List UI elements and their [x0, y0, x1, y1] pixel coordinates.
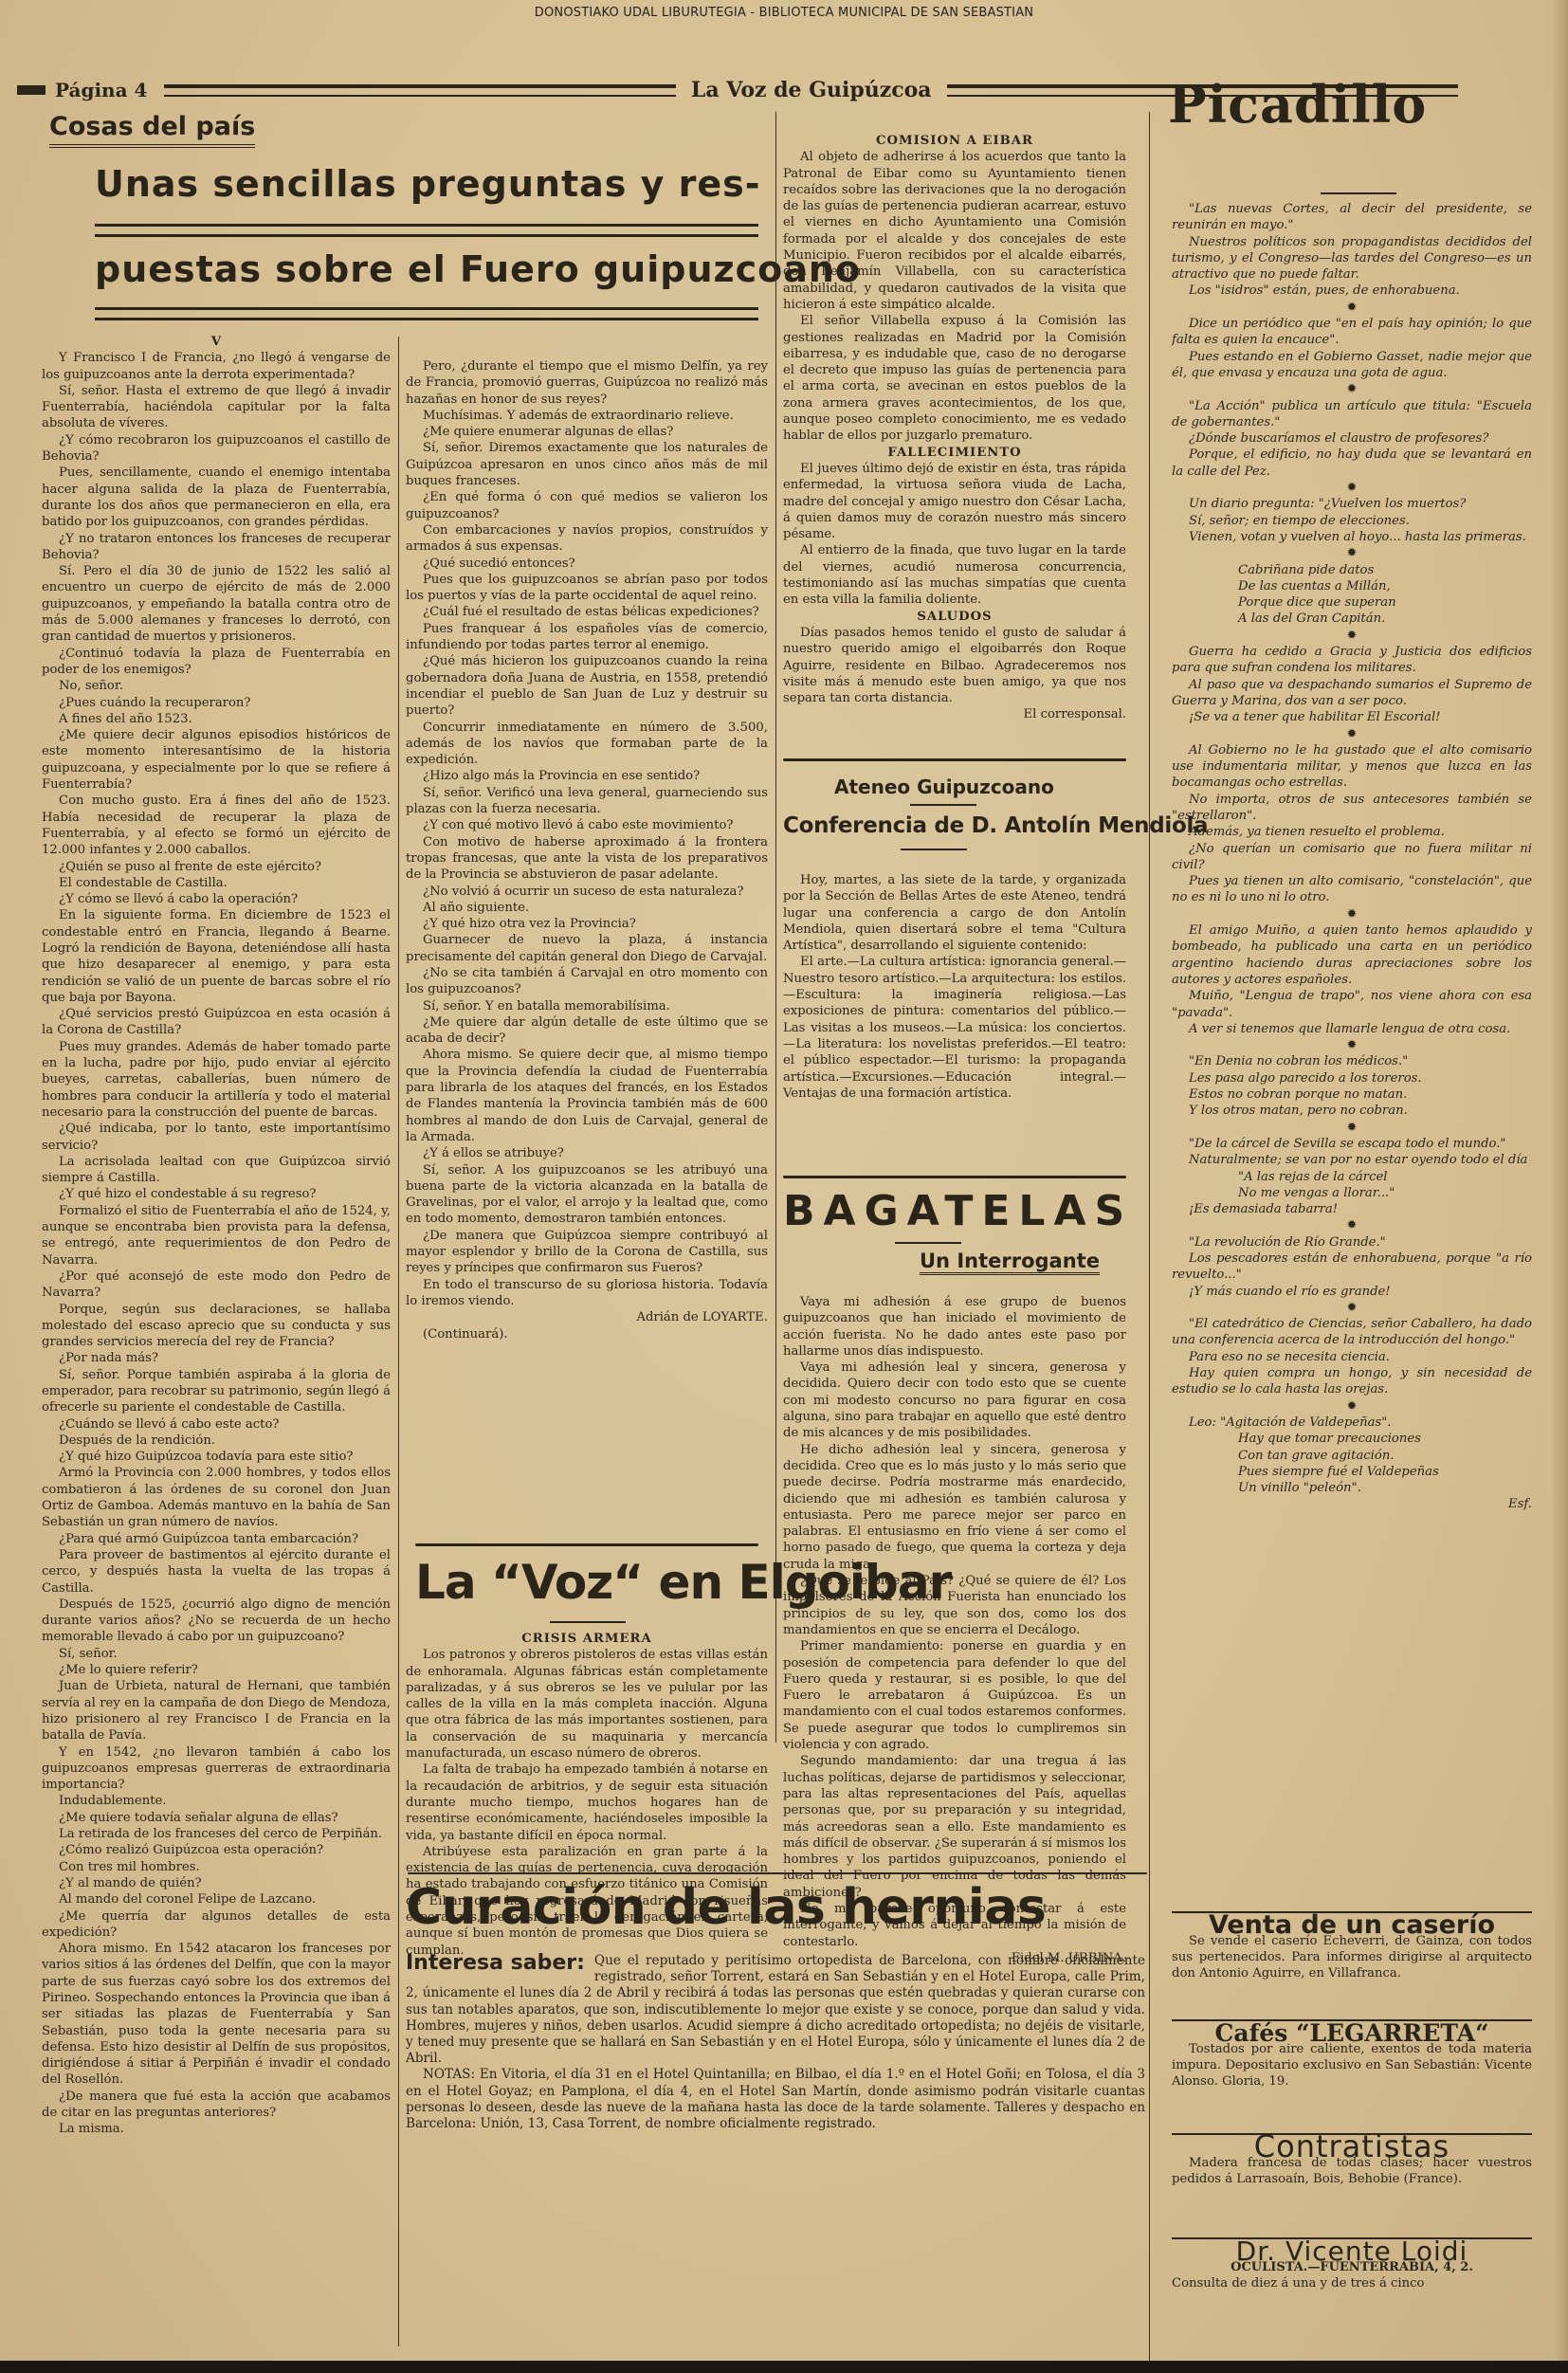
verse-line: De las cuentas a Millán,: [1172, 578, 1532, 594]
picadillo-column: "Las nuevas Cortes, al decir del preside…: [1172, 201, 1532, 1513]
article-column-1: V Y Francisco I de Francia, ¿no llegó á …: [42, 334, 391, 2138]
qa-paragraph: Sí, señor. Diremos exactamente que los n…: [406, 440, 768, 489]
news-subheading: SALUDOS: [783, 609, 1126, 625]
picadillo-paragraph: Nuestros políticos son propagandistas de…: [1172, 234, 1532, 283]
picadillo-paragraph: Porque, el edificio, no hay duda que se …: [1172, 447, 1532, 480]
caserio-text: Se vende el caserío Echeverri, de Gainza…: [1172, 1933, 1532, 1981]
separator-star-icon: ✹: [1172, 1398, 1532, 1415]
qa-paragraph: Con motivo de haberse aproximado á la fr…: [406, 834, 768, 884]
contratistas-title: Contratistas: [1172, 2139, 1532, 2155]
verse-line: "A las rejas de la cárcel: [1172, 1169, 1532, 1185]
separator-star-icon: ✹: [1172, 480, 1532, 496]
picadillo-paragraph: ¿No querían un comisario que no fuera mi…: [1172, 841, 1532, 874]
picadillo-paragraph: Los "isidros" están, pues, de enhorabuen…: [1172, 283, 1532, 299]
qa-paragraph: ¿Y con qué motivo llevó á cabo este movi…: [406, 817, 768, 833]
verse-line: Cabriñana pide datos: [1172, 562, 1532, 578]
verse-line: Un vinillo "peleón".: [1172, 1480, 1532, 1496]
qa-paragraph: La misma.: [42, 2121, 391, 2137]
qa-paragraph: Pero, ¿durante el tiempo que el mismo De…: [406, 358, 768, 408]
separator-star-icon: ✹: [1172, 300, 1532, 316]
qa-paragraph: ¿Y á ellos se atribuye?: [406, 1145, 768, 1161]
qa-paragraph: Después de 1525, ¿ocurrió algo digno de …: [42, 1597, 391, 1646]
caserio-title: Venta de un caserío: [1172, 1917, 1532, 1933]
verse-line: Con tan grave agitación.: [1172, 1448, 1532, 1464]
picadillo-paragraph: Los pescadores están de enhorabuena, por…: [1172, 1250, 1532, 1284]
picadillo-paragraph: Al paso que va despachando sumarios el S…: [1172, 677, 1532, 710]
qa-paragraph: ¿De manera que fué esta la acción que ac…: [42, 2089, 391, 2122]
short-rule: [901, 849, 967, 850]
qa-paragraph: ¿Por nada más?: [42, 1350, 391, 1366]
zigzag-rule: [408, 1872, 1147, 1874]
qa-paragraph: No, señor.: [42, 678, 391, 694]
qa-paragraph: ¿Continuó todavía la plaza de Fuenterrab…: [42, 646, 391, 679]
masthead-block: [17, 85, 46, 95]
qa-paragraph: En la siguiente forma. En diciembre de 1…: [42, 907, 391, 1006]
qa-paragraph: ¿En qué forma ó con qué medios se valier…: [406, 489, 768, 522]
picadillo-paragraph: Además, ya tienen resuelto el problema.: [1172, 824, 1532, 840]
elgoibar-heading: CRISIS ARMERA: [406, 1631, 768, 1647]
qa-paragraph: ¿Me quiere enumerar algunas de ellas?: [406, 424, 768, 440]
news-paragraph: La falta de trabajo ha empezado también …: [406, 1761, 768, 1843]
qa-paragraph: ¿Qué más hicieron los guipuzcoanos cuand…: [406, 653, 768, 719]
loidi-ad: Dr. Vicente Loidi OCULISTA.—FUENTERRABIA…: [1172, 2243, 1532, 2291]
qa-paragraph: ¿No volvió á ocurrir un suceso de esta n…: [406, 884, 768, 900]
separator-star-icon: ✹: [1172, 1217, 1532, 1233]
qa-paragraph: ¿Cuándo se llevó á cabo este acto?: [42, 1416, 391, 1433]
ateneo-title: Ateneo Guipuzcoano: [834, 776, 1054, 798]
headline-rule: [95, 224, 758, 237]
qa-paragraph: Formalizó el sitio de Fuenterrabía el añ…: [42, 1203, 391, 1269]
legarreta-text: Tostados por aire caliente, exentos de t…: [1172, 2041, 1532, 2090]
ornamental-rule: [783, 1176, 1126, 1178]
loidi-subtitle: OCULISTA.—FUENTERRABIA, 4, 2.: [1172, 2259, 1532, 2275]
qa-paragraph: Ahora mismo. En 1542 atacaron los france…: [42, 1941, 391, 2089]
separator-star-icon: ✹: [1172, 906, 1532, 922]
picadillo-paragraph: Al Gobierno no le ha gustado que el alto…: [1172, 742, 1532, 792]
qa-paragraph: Después de la rendición.: [42, 1433, 391, 1449]
qa-paragraph: ¿Hizo algo más la Provincia en ese senti…: [406, 768, 768, 784]
column-divider: [1149, 112, 1150, 2364]
qa-paragraph: Sí, señor. Hasta el extremo de que llegó…: [42, 383, 391, 432]
picadillo-paragraph: "Las nuevas Cortes, al decir del preside…: [1172, 201, 1532, 234]
short-rule: [1321, 192, 1396, 194]
picadillo-paragraph: Dice un periódico que "en el país hay op…: [1172, 316, 1532, 349]
qa-paragraph: ¿Pues cuándo la recuperaron?: [42, 695, 391, 711]
qa-paragraph: Porque, según sus declaraciones, se hall…: [42, 1302, 391, 1351]
article-part-number: V: [42, 334, 391, 350]
loidi-title: Dr. Vicente Loidi: [1172, 2243, 1532, 2259]
qa-paragraph: A fines del año 1523.: [42, 711, 391, 727]
news-paragraph: Vaya mi adhesión leal y sincera, generos…: [783, 1360, 1126, 1441]
loidi-text: Consulta de diez á una y de tres á cinco: [1172, 2275, 1532, 2291]
qa-paragraph: La retirada de los franceses del cerco d…: [42, 1826, 391, 1842]
scan-edge: [0, 2361, 1568, 2373]
picadillo-paragraph: ¡Es demasiada tabarra!: [1172, 1201, 1532, 1217]
picadillo-paragraph: Estos no cobran porque no matan.: [1172, 1086, 1532, 1103]
qa-paragraph: ¿Para qué armó Guipúzcoa tanta embarcaci…: [42, 1531, 391, 1547]
news-paragraph: El arte.—La cultura artística: ignoranci…: [783, 954, 1126, 1102]
article-headline-line1: Unas sencillas preguntas y res-: [95, 163, 761, 205]
qa-paragraph: Y Francisco I de Francia, ¿no llegó á ve…: [42, 350, 391, 383]
verse-line: A las del Gran Capitán.: [1172, 611, 1532, 627]
qa-paragraph: Muchísimas. Y además de extraordinario r…: [406, 408, 768, 424]
news-paragraph: El señor Villabella expuso á la Comisión…: [783, 313, 1126, 444]
qa-paragraph: ¿Y qué hizo otra vez la Provincia?: [406, 916, 768, 932]
qa-paragraph: ¿Cuál fué el resultado de estas bélicas …: [406, 604, 768, 620]
qa-paragraph: Sí, señor.: [42, 1646, 391, 1662]
picadillo-paragraph: "El catedrático de Ciencias, señor Cabal…: [1172, 1316, 1532, 1349]
picadillo-paragraph: Para eso no se necesita ciencia.: [1172, 1349, 1532, 1365]
separator-star-icon: ✹: [1172, 381, 1532, 397]
separator-star-icon: ✹: [1172, 545, 1532, 561]
short-rule: [895, 1242, 961, 1244]
ateneo-article: Hoy, martes, a las siete de la tarde, y …: [783, 872, 1126, 1102]
bagatelas-title: BAGATELAS: [783, 1187, 1133, 1235]
qa-paragraph: Al año siguiente.: [406, 900, 768, 916]
qa-paragraph: En todo el transcurso de su gloriosa his…: [406, 1277, 768, 1310]
qa-paragraph: ¿Y qué hizo el condestable á su regreso?: [42, 1186, 391, 1202]
qa-paragraph: Pues muy grandes. Además de haber tomado…: [42, 1039, 391, 1121]
qa-paragraph: Sí, señor. A los guipuzcoanos se les atr…: [406, 1162, 768, 1228]
separator-star-icon: ✹: [1172, 726, 1532, 742]
legarreta-title: Cafés “LEGARRETA“: [1172, 2025, 1532, 2041]
newspaper-title: La Voz de Guipúzcoa: [691, 78, 932, 102]
picadillo-paragraph: "En Denia no cobran los médicos.": [1172, 1053, 1532, 1069]
qa-paragraph: Juan de Urbieta, natural de Hernani, que…: [42, 1678, 391, 1743]
ornamental-rule: [415, 1543, 758, 1546]
picadillo-paragraph: ¡Y más cuando el río es grande!: [1172, 1284, 1532, 1300]
verse-line: No me vengas a llorar...": [1172, 1185, 1532, 1201]
news-paragraph: El jueves último dejó de existir en ésta…: [783, 461, 1126, 542]
news-paragraph: Al entierro de la finada, que tuvo lugar…: [783, 542, 1126, 608]
picadillo-title: Picadillo: [1168, 74, 1427, 135]
ornamental-rule: [783, 758, 1126, 761]
picadillo-paragraph: ¿Dónde buscaríamos el claustro de profes…: [1172, 430, 1532, 447]
qa-paragraph: ¿Y qué hizo Guipúzcoa todavía para este …: [42, 1449, 391, 1465]
picadillo-paragraph: Vienen, votan y vuelven al hoyo... hasta…: [1172, 529, 1532, 545]
hernias-lead: Interesa saber:: [406, 1955, 585, 1971]
qa-paragraph: Sí, señor. Verificó una leva general, gu…: [406, 785, 768, 818]
qa-paragraph: Con tres mil hombres.: [42, 1859, 391, 1875]
verse-line: Porque dice que superan: [1172, 594, 1532, 611]
news-paragraph: Hoy, martes, a las siete de la tarde, y …: [783, 872, 1126, 954]
qa-paragraph: ¿De manera que Guipúzcoa siempre contrib…: [406, 1228, 768, 1277]
contratistas-ad: Contratistas Madera francesa de todas cl…: [1172, 2139, 1532, 2187]
qa-paragraph: ¿Por qué aconsejó de este modo don Pedro…: [42, 1269, 391, 1302]
qa-paragraph: ¿Qué sucedió entonces?: [406, 556, 768, 572]
qa-paragraph: ¿Me querría dar algunos detalles de esta…: [42, 1908, 391, 1942]
column-divider: [398, 337, 399, 2346]
masthead-rule: [164, 84, 675, 97]
news-paragraph: Primer mandamiento: ponerse en guardia y…: [783, 1638, 1126, 1753]
library-banner: DONOSTIAKO UDAL LIBURUTEGIA - BIBLIOTECA…: [0, 6, 1568, 20]
qa-paragraph: ¿Me quiere dar algún detalle de este últ…: [406, 1014, 768, 1048]
article-column-2: Pero, ¿durante el tiempo que el mismo De…: [406, 358, 768, 1342]
picadillo-paragraph: "De la cárcel de Sevilla se escapa todo …: [1172, 1136, 1532, 1152]
qa-paragraph: Ahora mismo. Se quiere decir que, al mis…: [406, 1047, 768, 1145]
qa-paragraph: Indudablemente.: [42, 1793, 391, 1809]
picadillo-paragraph: "La revolución de Río Grande.": [1172, 1234, 1532, 1250]
qa-paragraph: Con mucho gusto. Era á fines del año de …: [42, 793, 391, 858]
picadillo-paragraph: Y los otros matan, pero no cobran.: [1172, 1103, 1532, 1119]
picadillo-paragraph: Pues estando en el Gobierno Gasset, nadi…: [1172, 349, 1532, 382]
headline-rule: [95, 307, 758, 320]
qa-paragraph: ¿Y cómo se llevó á cabo la operación?: [42, 891, 391, 907]
picadillo-paragraph: No importa, otros de sus antecesores tam…: [1172, 792, 1532, 825]
picadillo-signature: Esf.: [1172, 1496, 1532, 1512]
verse-line: Pues siempre fué el Valdepeñas: [1172, 1464, 1532, 1480]
picadillo-paragraph: Les pasa algo parecido a los toreros.: [1172, 1070, 1532, 1086]
correspondent-signature: El corresponsal.: [783, 706, 1126, 722]
picadillo-paragraph: Un diario pregunta: "¿Vuelven los muerto…: [1172, 496, 1532, 512]
separator-star-icon: ✹: [1172, 1120, 1532, 1136]
page-edge: [1553, 0, 1568, 2373]
picadillo-paragraph: ¡Se va a tener que habilitar El Escorial…: [1172, 709, 1532, 725]
news-paragraph: Vaya mi adhesión á ese grupo de buenos g…: [783, 1294, 1126, 1360]
legarreta-ad: Cafés “LEGARRETA“ Tostados por aire cali…: [1172, 2025, 1532, 2090]
picadillo-paragraph: Guerra ha cedido a Gracia y Justicia dos…: [1172, 644, 1532, 677]
qa-paragraph: ¿Qué indicaba, por lo tanto, este import…: [42, 1121, 391, 1154]
caserio-ad: Venta de un caserío Se vende el caserío …: [1172, 1917, 1532, 1981]
hernias-ad: Interesa saber: Que el reputado y perití…: [406, 1953, 1145, 2132]
qa-paragraph: Al mando del coronel Felipe de Lazcano.: [42, 1891, 391, 1908]
qa-paragraph: Para proveer de bastimentos al ejército …: [42, 1547, 391, 1597]
picadillo-paragraph: Sí, señor; en tiempo de elecciones.: [1172, 513, 1532, 529]
picadillo-paragraph: Naturalmente; se van por no estar oyendo…: [1172, 1152, 1532, 1168]
page-number: Página 4: [55, 79, 147, 101]
qa-paragraph: ¿Quién se puso al frente de este ejércit…: [42, 859, 391, 875]
news-paragraph: Al objeto de adherirse á los acuerdos qu…: [783, 149, 1126, 313]
separator-star-icon: ✹: [1172, 1300, 1532, 1316]
picadillo-paragraph: Hay quien compra un hongo, y sin necesid…: [1172, 1365, 1532, 1398]
article-headline-line2: puestas sobre el Fuero guipuzcoano: [95, 248, 861, 290]
qa-paragraph: El condestable de Castilla.: [42, 875, 391, 891]
qa-paragraph: Y en 1542, ¿no llevaron también á cabo l…: [42, 1744, 391, 1794]
short-rule: [910, 804, 976, 806]
article-author: Adrián de LOYARTE.: [406, 1309, 768, 1325]
qa-paragraph: Concurrir inmediatamente en número de 3.…: [406, 720, 768, 769]
qa-paragraph: Pues franquear á los españoles vías de c…: [406, 621, 768, 654]
verse-line: Hay que tomar precauciones: [1172, 1431, 1532, 1447]
news-subheading: FALLECIMIENTO: [783, 445, 1126, 461]
separator-star-icon: ✹: [1172, 1037, 1532, 1053]
picadillo-paragraph: Pues ya tienen un alto comisario, "const…: [1172, 873, 1532, 906]
conference-title: Conferencia de D. Antolín Mendiola: [783, 813, 1208, 838]
picadillo-paragraph: Muiño, "Lengua de trapo", nos viene ahor…: [1172, 988, 1532, 1021]
section-title: Cosas del país: [49, 112, 255, 148]
news-paragraph: Los patronos y obreros pistoleros de est…: [406, 1647, 768, 1761]
eibar-news: COMISION A EIBAR Al objeto de adherirse …: [783, 133, 1126, 723]
picadillo-paragraph: A ver si tenemos que llamarle lengua de …: [1172, 1021, 1532, 1037]
picadillo-paragraph: "La Acción" publica un artículo que titu…: [1172, 398, 1532, 431]
qa-paragraph: ¿Cómo realizó Guipúzcoa esta operación?: [42, 1842, 391, 1858]
qa-paragraph: ¿Me quiere decir algunos episodios histó…: [42, 727, 391, 793]
qa-paragraph: ¿Me lo quiere referir?: [42, 1662, 391, 1678]
contratistas-text: Madera francesa de todas clases; hacer v…: [1172, 2155, 1532, 2187]
qa-paragraph: Sí, señor. Y en batalla memorabilísima.: [406, 998, 768, 1014]
bagatelas-article: Vaya mi adhesión á ese grupo de buenos g…: [783, 1294, 1126, 1966]
qa-paragraph: ¿Y no trataron entonces los franceses de…: [42, 531, 391, 564]
qa-paragraph: Sí, señor. Porque también aspiraba á la …: [42, 1367, 391, 1416]
qa-paragraph: Con embarcaciones y navíos propios, cons…: [406, 522, 768, 556]
column-divider: [775, 112, 776, 1743]
picadillo-paragraph: Leo: "Agitación de Valdepeñas".: [1172, 1415, 1532, 1431]
short-rule: [550, 1621, 626, 1623]
qa-paragraph: ¿Y al mando de quién?: [42, 1875, 391, 1891]
news-paragraph: Días pasados hemos tenido el gusto de sa…: [783, 625, 1126, 706]
qa-paragraph: Pues, sencillamente, cuando el enemigo i…: [42, 465, 391, 530]
news-paragraph: ¿Qué se le pide al País? ¿Qué se quiere …: [783, 1573, 1126, 1638]
qa-paragraph: Guarnecer de nuevo la plaza, á instancia…: [406, 932, 768, 965]
qa-paragraph: Sí. Pero el día 30 de junio de 1522 les …: [42, 563, 391, 645]
qa-paragraph: ¿Qué servicios prestó Guipúzcoa en esta …: [42, 1006, 391, 1039]
qa-paragraph: ¿No se cita también á Carvajal en otro m…: [406, 965, 768, 998]
separator-star-icon: ✹: [1172, 628, 1532, 644]
eibar-heading: COMISION A EIBAR: [783, 133, 1126, 149]
qa-paragraph: Pues que los guipuzcoanos se abrían paso…: [406, 572, 768, 605]
qa-paragraph: Armó la Provincia con 2.000 hombres, y t…: [42, 1465, 391, 1530]
bagatelas-subtitle: Un Interrogante: [920, 1250, 1100, 1275]
hernias-ad-title: Curación de las hernias: [406, 1879, 1046, 1936]
news-paragraph: He dicho adhesión leal y sincera, genero…: [783, 1442, 1126, 1573]
continues-note: (Continuará).: [406, 1326, 768, 1342]
hernias-notes: NOTAS: En Vitoria, el día 31 en el Hotel…: [406, 2067, 1145, 2132]
qa-paragraph: La acrisolada lealtad con que Guipúzcoa …: [42, 1154, 391, 1187]
qa-paragraph: ¿Y cómo recobraron los guipuzcoanos el c…: [42, 432, 391, 465]
qa-paragraph: ¿Me quiere todavía señalar alguna de ell…: [42, 1810, 391, 1826]
picadillo-paragraph: El amigo Muiño, a quien tanto hemos apla…: [1172, 922, 1532, 988]
